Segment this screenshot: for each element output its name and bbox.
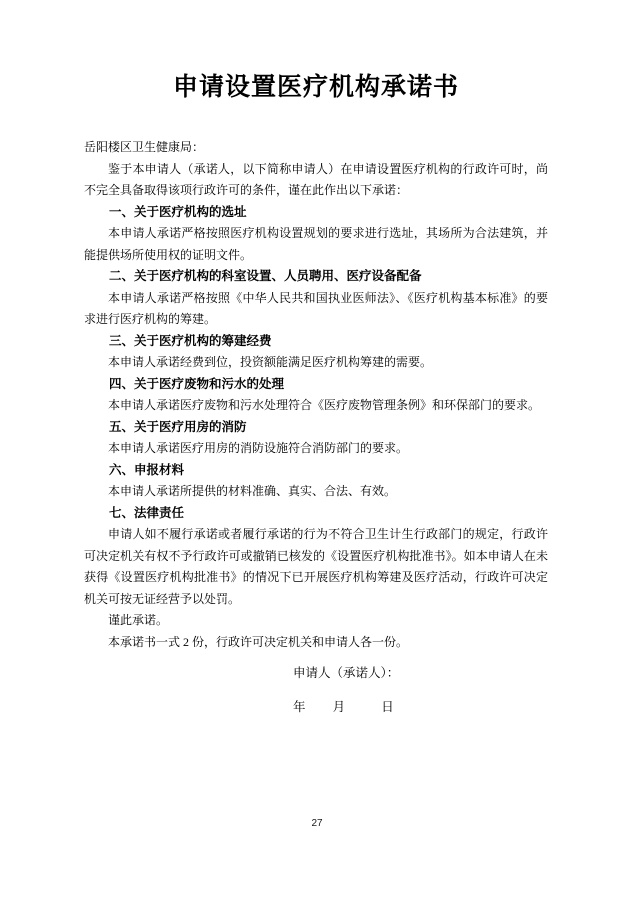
document-body: 岳阳楼区卫生健康局： 鉴于本申请人（承诺人，以下简称申请人）在申请设置医疗机构的…: [84, 137, 548, 653]
section-3-paragraph: 本申请人承诺经费到位，投资额能满足医疗机构筹建的需要。: [84, 352, 548, 374]
document-page: 申请设置医疗机构承诺书 岳阳楼区卫生健康局： 鉴于本申请人（承诺人，以下简称申请…: [0, 0, 634, 898]
year-label: 年: [293, 700, 306, 714]
section-6-heading: 六、申报材料: [84, 460, 548, 482]
month-label: 月: [333, 700, 346, 714]
section-1-heading: 一、关于医疗机构的选址: [84, 202, 548, 224]
section-4-paragraph: 本申请人承诺医疗废物和污水处理符合《医疗废物管理条例》和环保部门的要求。: [84, 395, 548, 417]
section-7-heading: 七、法律责任: [84, 503, 548, 525]
applicant-signature-label: 申请人（承诺人）：: [293, 663, 548, 685]
copies-note-line: 本承诺书一式 2 份，行政许可决定机关和申请人各一份。: [84, 632, 548, 654]
section-1-paragraph: 本申请人承诺严格按照医疗机构设置规划的要求进行选址，其场所为合法建筑，并能提供场…: [84, 223, 548, 266]
section-7-paragraph: 申请人如不履行承诺或者履行承诺的行为不符合卫生计生行政部门的规定，行政许可决定机…: [84, 524, 548, 610]
page-number: 27: [0, 818, 634, 829]
section-3-heading: 三、关于医疗机构的筹建经费: [84, 331, 548, 353]
section-2-heading: 二、关于医疗机构的科室设置、人员聘用、医疗设备配备: [84, 266, 548, 288]
intro-paragraph: 鉴于本申请人（承诺人，以下简称申请人）在申请设置医疗机构的行政许可时，尚不完全具…: [84, 159, 548, 202]
section-2-paragraph: 本申请人承诺严格按照《中华人民共和国执业医师法》、《医疗机构基本标准》的要求进行…: [84, 288, 548, 331]
salutation-line: 岳阳楼区卫生健康局：: [84, 137, 548, 159]
section-5-paragraph: 本申请人承诺医疗用房的消防设施符合消防部门的要求。: [84, 438, 548, 460]
section-5-heading: 五、关于医疗用房的消防: [84, 417, 548, 439]
closing-pledge-line: 谨此承诺。: [84, 610, 548, 632]
document-title: 申请设置医疗机构承诺书: [84, 70, 548, 104]
section-4-heading: 四、关于医疗废物和污水的处理: [84, 374, 548, 396]
day-label: 日: [381, 700, 394, 714]
date-line: 年 月 日: [293, 697, 548, 719]
signature-block: 申请人（承诺人）： 年 月 日: [84, 663, 548, 718]
section-6-paragraph: 本申请人承诺所提供的材料准确、真实、合法、有效。: [84, 481, 548, 503]
